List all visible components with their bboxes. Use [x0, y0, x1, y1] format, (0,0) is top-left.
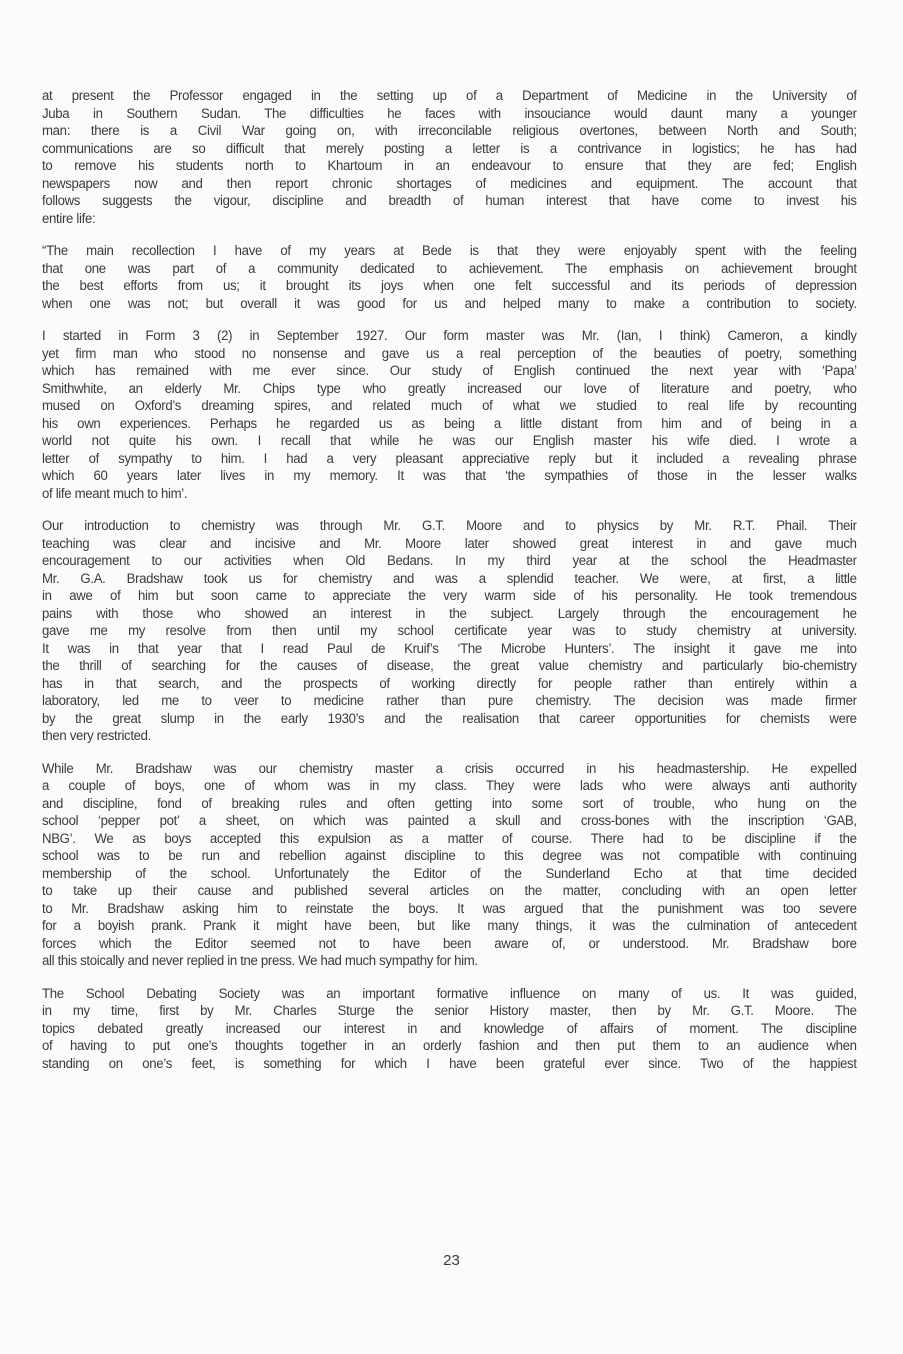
text-line: in my time, first by Mr. Charles Sturge … [42, 1003, 857, 1021]
text-line: school ‘pepper pot’ a sheet, on which wa… [42, 813, 857, 831]
text-line: communications are so difficult that mer… [42, 141, 857, 159]
text-line: laboratory, led me to veer to medicine r… [42, 693, 857, 711]
document-body: at present the Professor engaged in the … [42, 88, 857, 1088]
text-line: which 60 years later lives in my memory.… [42, 468, 857, 486]
text-line: pains with those who showed an interest … [42, 606, 857, 624]
text-line: Smithwhite, an elderly Mr. Chips type wh… [42, 381, 857, 399]
paragraph: The School Debating Society was an impor… [42, 986, 857, 1074]
text-line: The School Debating Society was an impor… [42, 986, 857, 1004]
text-line: which has remained with me ever since. O… [42, 363, 857, 381]
text-line: when one was not; but overall it was goo… [42, 296, 857, 314]
text-line: entire life: [42, 211, 857, 229]
text-line: NBG’. We as boys accepted this expulsion… [42, 831, 857, 849]
text-line: “The main recollection I have of my year… [42, 243, 857, 261]
paragraph: “The main recollection I have of my year… [42, 243, 857, 313]
text-line: Juba in Southern Sudan. The difficulties… [42, 106, 857, 124]
text-line: topics debated greatly increased our int… [42, 1021, 857, 1039]
text-line: gave me my resolve from then until my sc… [42, 623, 857, 641]
text-line: then very restricted. [42, 728, 857, 746]
text-line: world not quite his own. I recall that w… [42, 433, 857, 451]
text-line: letter of sympathy to him. I had a very … [42, 451, 857, 469]
text-line: It was in that year that I read Paul de … [42, 641, 857, 659]
text-line: man: there is a Civil War going on, with… [42, 123, 857, 141]
text-line: follows suggests the vigour, discipline … [42, 193, 857, 211]
text-line: encouragement to our activities when Old… [42, 553, 857, 571]
paragraph: While Mr. Bradshaw was our chemistry mas… [42, 761, 857, 971]
paragraph: Our introduction to chemistry was throug… [42, 518, 857, 746]
paragraph: I started in Form 3 (2) in September 192… [42, 328, 857, 503]
text-line: newspapers now and then report chronic s… [42, 176, 857, 194]
text-line: standing on one’s feet, is something for… [42, 1056, 857, 1074]
text-line: his own experiences. Perhaps he regarded… [42, 416, 857, 434]
text-line: to Mr. Bradshaw asking him to reinstate … [42, 901, 857, 919]
text-line: a couple of boys, one of whom was in my … [42, 778, 857, 796]
text-line: by the great slump in the early 1930’s a… [42, 711, 857, 729]
text-line: to take up their cause and published sev… [42, 883, 857, 901]
text-line: to remove his students north to Khartoum… [42, 158, 857, 176]
text-line: While Mr. Bradshaw was our chemistry mas… [42, 761, 857, 779]
page-number: 23 [0, 1252, 903, 1269]
text-line: all this stoically and never replied in … [42, 953, 857, 971]
text-line: forces which the Editor seemed not to ha… [42, 936, 857, 954]
text-line: at present the Professor engaged in the … [42, 88, 857, 106]
text-line: school was to be run and rebellion again… [42, 848, 857, 866]
text-line: teaching was clear and incisive and Mr. … [42, 536, 857, 554]
text-line: I started in Form 3 (2) in September 192… [42, 328, 857, 346]
text-line: yet firm man who stood no nonsense and g… [42, 346, 857, 364]
text-line: the thrill of searching for the causes o… [42, 658, 857, 676]
text-line: Mr. G.A. Bradshaw took us for chemistry … [42, 571, 857, 589]
text-line: membership of the school. Unfortunately … [42, 866, 857, 884]
text-line: in awe of him but soon came to appreciat… [42, 588, 857, 606]
text-line: for a boyish prank. Prank it might have … [42, 918, 857, 936]
text-line: of life meant much to him’. [42, 486, 857, 504]
text-line: mused on Oxford’s dreaming spires, and r… [42, 398, 857, 416]
text-line: that one was part of a community dedicat… [42, 261, 857, 279]
text-line: of having to put one’s thoughts together… [42, 1038, 857, 1056]
text-line: the best efforts from us; it brought its… [42, 278, 857, 296]
text-line: Our introduction to chemistry was throug… [42, 518, 857, 536]
paragraph: at present the Professor engaged in the … [42, 88, 857, 228]
text-line: has in that search, and the prospects of… [42, 676, 857, 694]
text-line: and discipline, fond of breaking rules a… [42, 796, 857, 814]
